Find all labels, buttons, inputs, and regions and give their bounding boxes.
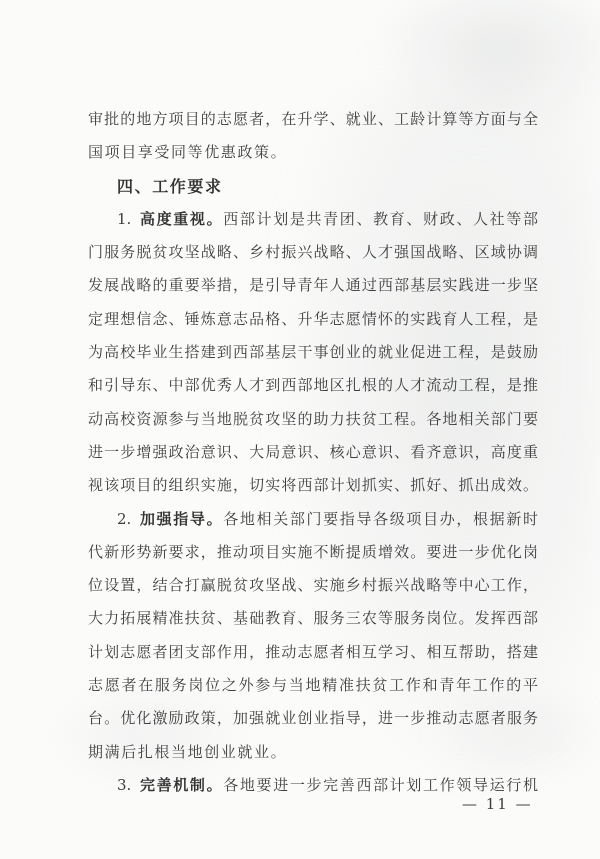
text-line: 代新形势新要求，推动项目实施不断提质增效。要进一步优化岗 bbox=[88, 536, 538, 569]
text-line: 期满后扎根当地创业就业。 bbox=[88, 736, 538, 769]
text-line: 门服务脱贫攻坚战略、乡村振兴战略、人才强国战略、区域协调 bbox=[88, 236, 538, 269]
page-number: — 11 — bbox=[462, 795, 533, 813]
numbered-paragraph-line: 1.高度重视。西部计划是共青团、教育、财政、人社等部 bbox=[88, 203, 538, 236]
line-text: 西部计划是共青团、教育、财政、人社等部 bbox=[223, 210, 538, 228]
text-line: 动高校资源参与当地脱贫攻坚的助力扶贫工程。各地相关部门要 bbox=[88, 403, 538, 436]
list-number: 3. bbox=[117, 776, 131, 794]
text-line: 志愿者在服务岗位之外参与当地精准扶贫工作和青年工作的平 bbox=[88, 669, 538, 702]
text-line: 国项目享受同等优惠政策。 bbox=[88, 136, 538, 169]
text-line: 发展战略的重要举措，是引导青年人通过西部基层实践进一步坚 bbox=[88, 269, 538, 302]
document-body: 审批的地方项目的志愿者，在升学、就业、工龄计算等方面与全 国项目享受同等优惠政策… bbox=[88, 103, 538, 802]
text-line: 台。优化激励政策，加强就业创业指导，进一步推动志愿者服务 bbox=[88, 702, 538, 735]
text-line: 定理想信念、锤炼意志品格、升华志愿情怀的实践育人工程，是 bbox=[88, 303, 538, 336]
text-line: 位设置，结合打赢脱贫攻坚战、实施乡村振兴战略等中心工作， bbox=[88, 569, 538, 602]
line-text: 各地相关部门要指导各级项目办，根据新时 bbox=[223, 510, 538, 528]
paragraph-lead: 高度重视。 bbox=[138, 210, 223, 228]
text-line: 审批的地方项目的志愿者，在升学、就业、工龄计算等方面与全 bbox=[88, 103, 538, 136]
text-line: 为高校毕业生搭建到西部基层干事创业的就业促进工程，是鼓励 bbox=[88, 336, 538, 369]
text-line: 和引导东、中部优秀人才到西部地区扎根的人才流动工程，是推 bbox=[88, 369, 538, 402]
text-line: 视该项目的组织实施，切实将西部计划抓实、抓好、抓出成效。 bbox=[88, 469, 538, 502]
numbered-paragraph-line: 2.加强指导。各地相关部门要指导各级项目办，根据新时 bbox=[88, 503, 538, 536]
paragraph-lead: 加强指导。 bbox=[138, 510, 223, 528]
section-heading: 四、工作要求 bbox=[88, 170, 538, 203]
text-line: 进一步增强政治意识、大局意识、核心意识、看齐意识，高度重 bbox=[88, 436, 538, 469]
list-number: 2. bbox=[117, 510, 131, 528]
scanned-document-page: 审批的地方项目的志愿者，在升学、就业、工龄计算等方面与全 国项目享受同等优惠政策… bbox=[0, 0, 600, 859]
line-text: 各地要进一步完善西部计划工作领导运行机 bbox=[223, 776, 538, 794]
paragraph-lead: 完善机制。 bbox=[138, 776, 223, 794]
text-line: 计划志愿者团支部作用，推动志愿者相互学习、相互帮助，搭建 bbox=[88, 636, 538, 669]
text-line: 大力拓展精准扶贫、基础教育、服务三农等服务岗位。发挥西部 bbox=[88, 602, 538, 635]
list-number: 1. bbox=[117, 210, 131, 228]
